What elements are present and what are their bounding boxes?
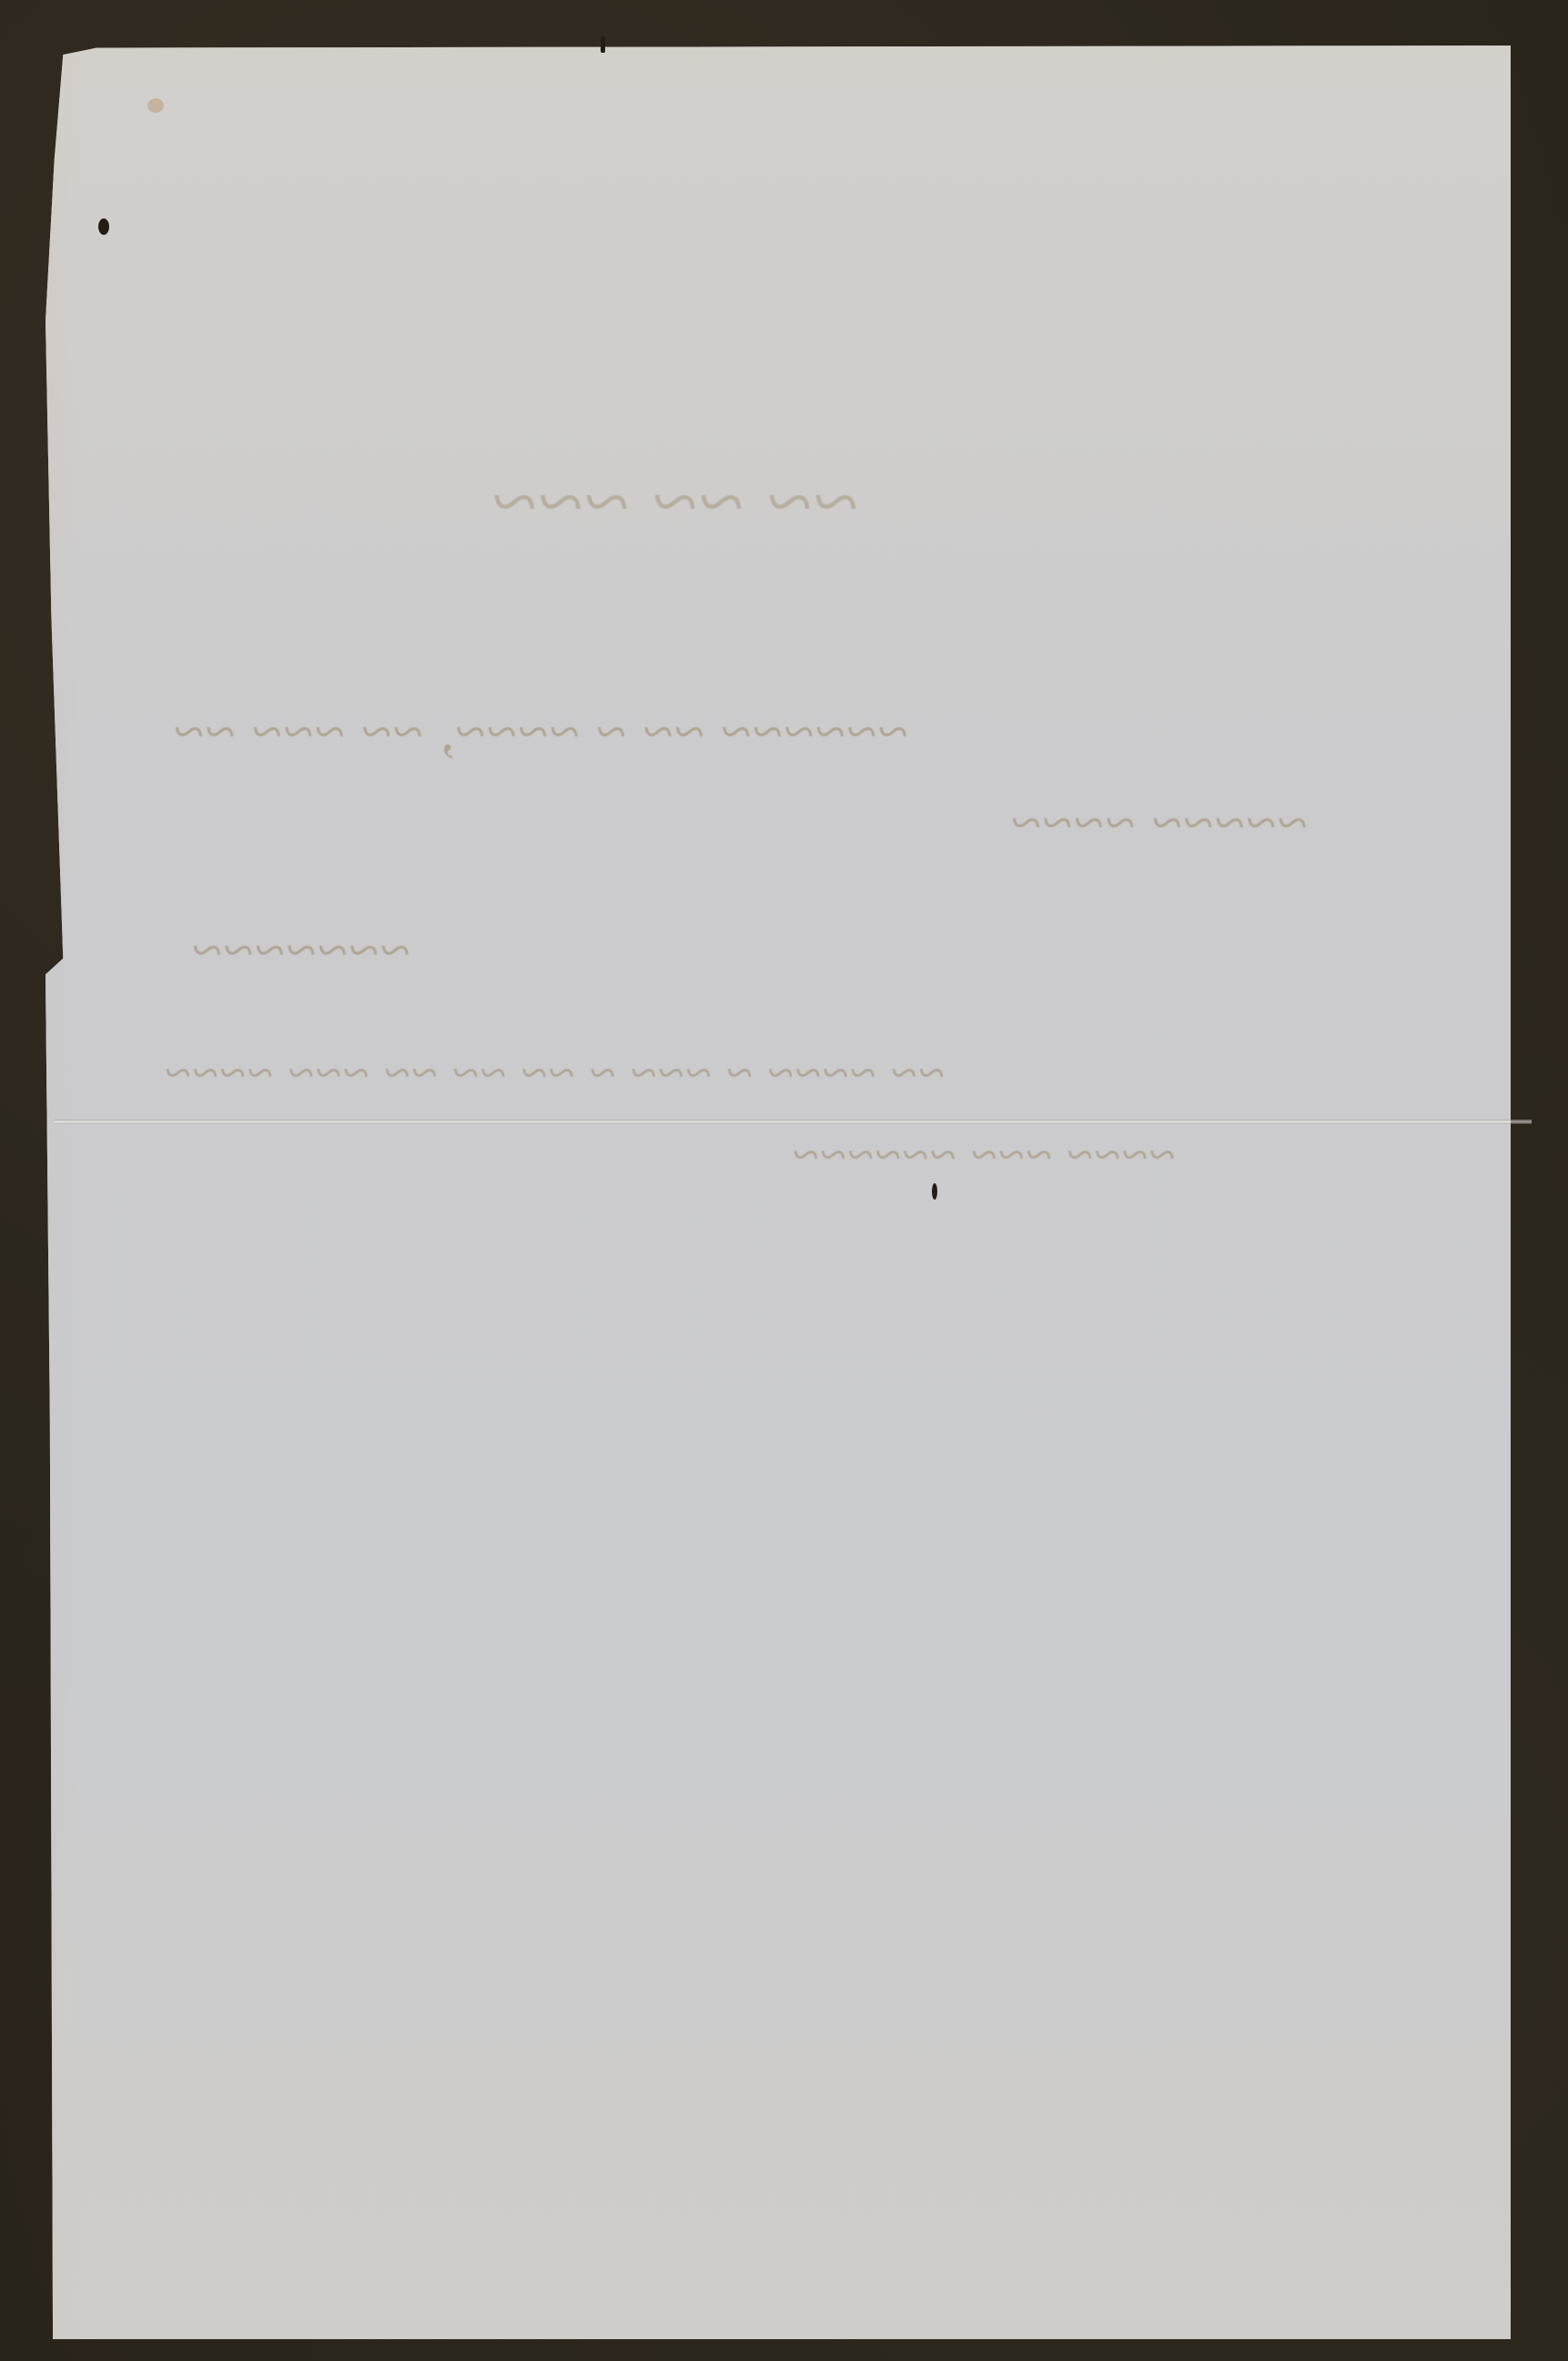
bleed-through-line-3: ~~~~~~~ xyxy=(191,919,410,982)
bleed-through-line-4: ~~ ~~~~ ~ ~~~ ~ ~~ ~~ ~~ ~~~ ~~~~ xyxy=(164,1047,945,1100)
bleed-through-salutation: ~~ ~~ ~~~ xyxy=(491,455,859,549)
letter-page xyxy=(46,46,1511,2339)
fold-crease xyxy=(55,1120,1532,1124)
ink-speck xyxy=(98,218,109,235)
bleed-through-line-5: ~~~~ ~~~ ~~~~~~ xyxy=(792,1129,1176,1182)
bleed-through-line-2: ~~~~~ ~~~~ xyxy=(1010,792,1308,855)
ink-speck xyxy=(601,36,605,53)
foxing-spot xyxy=(147,98,164,113)
bleed-through-line-1: ~~~~~~ ~~ ~ ~~~~, ~~ ~~~ ~~ xyxy=(173,701,908,764)
ink-speck xyxy=(932,1183,937,1200)
